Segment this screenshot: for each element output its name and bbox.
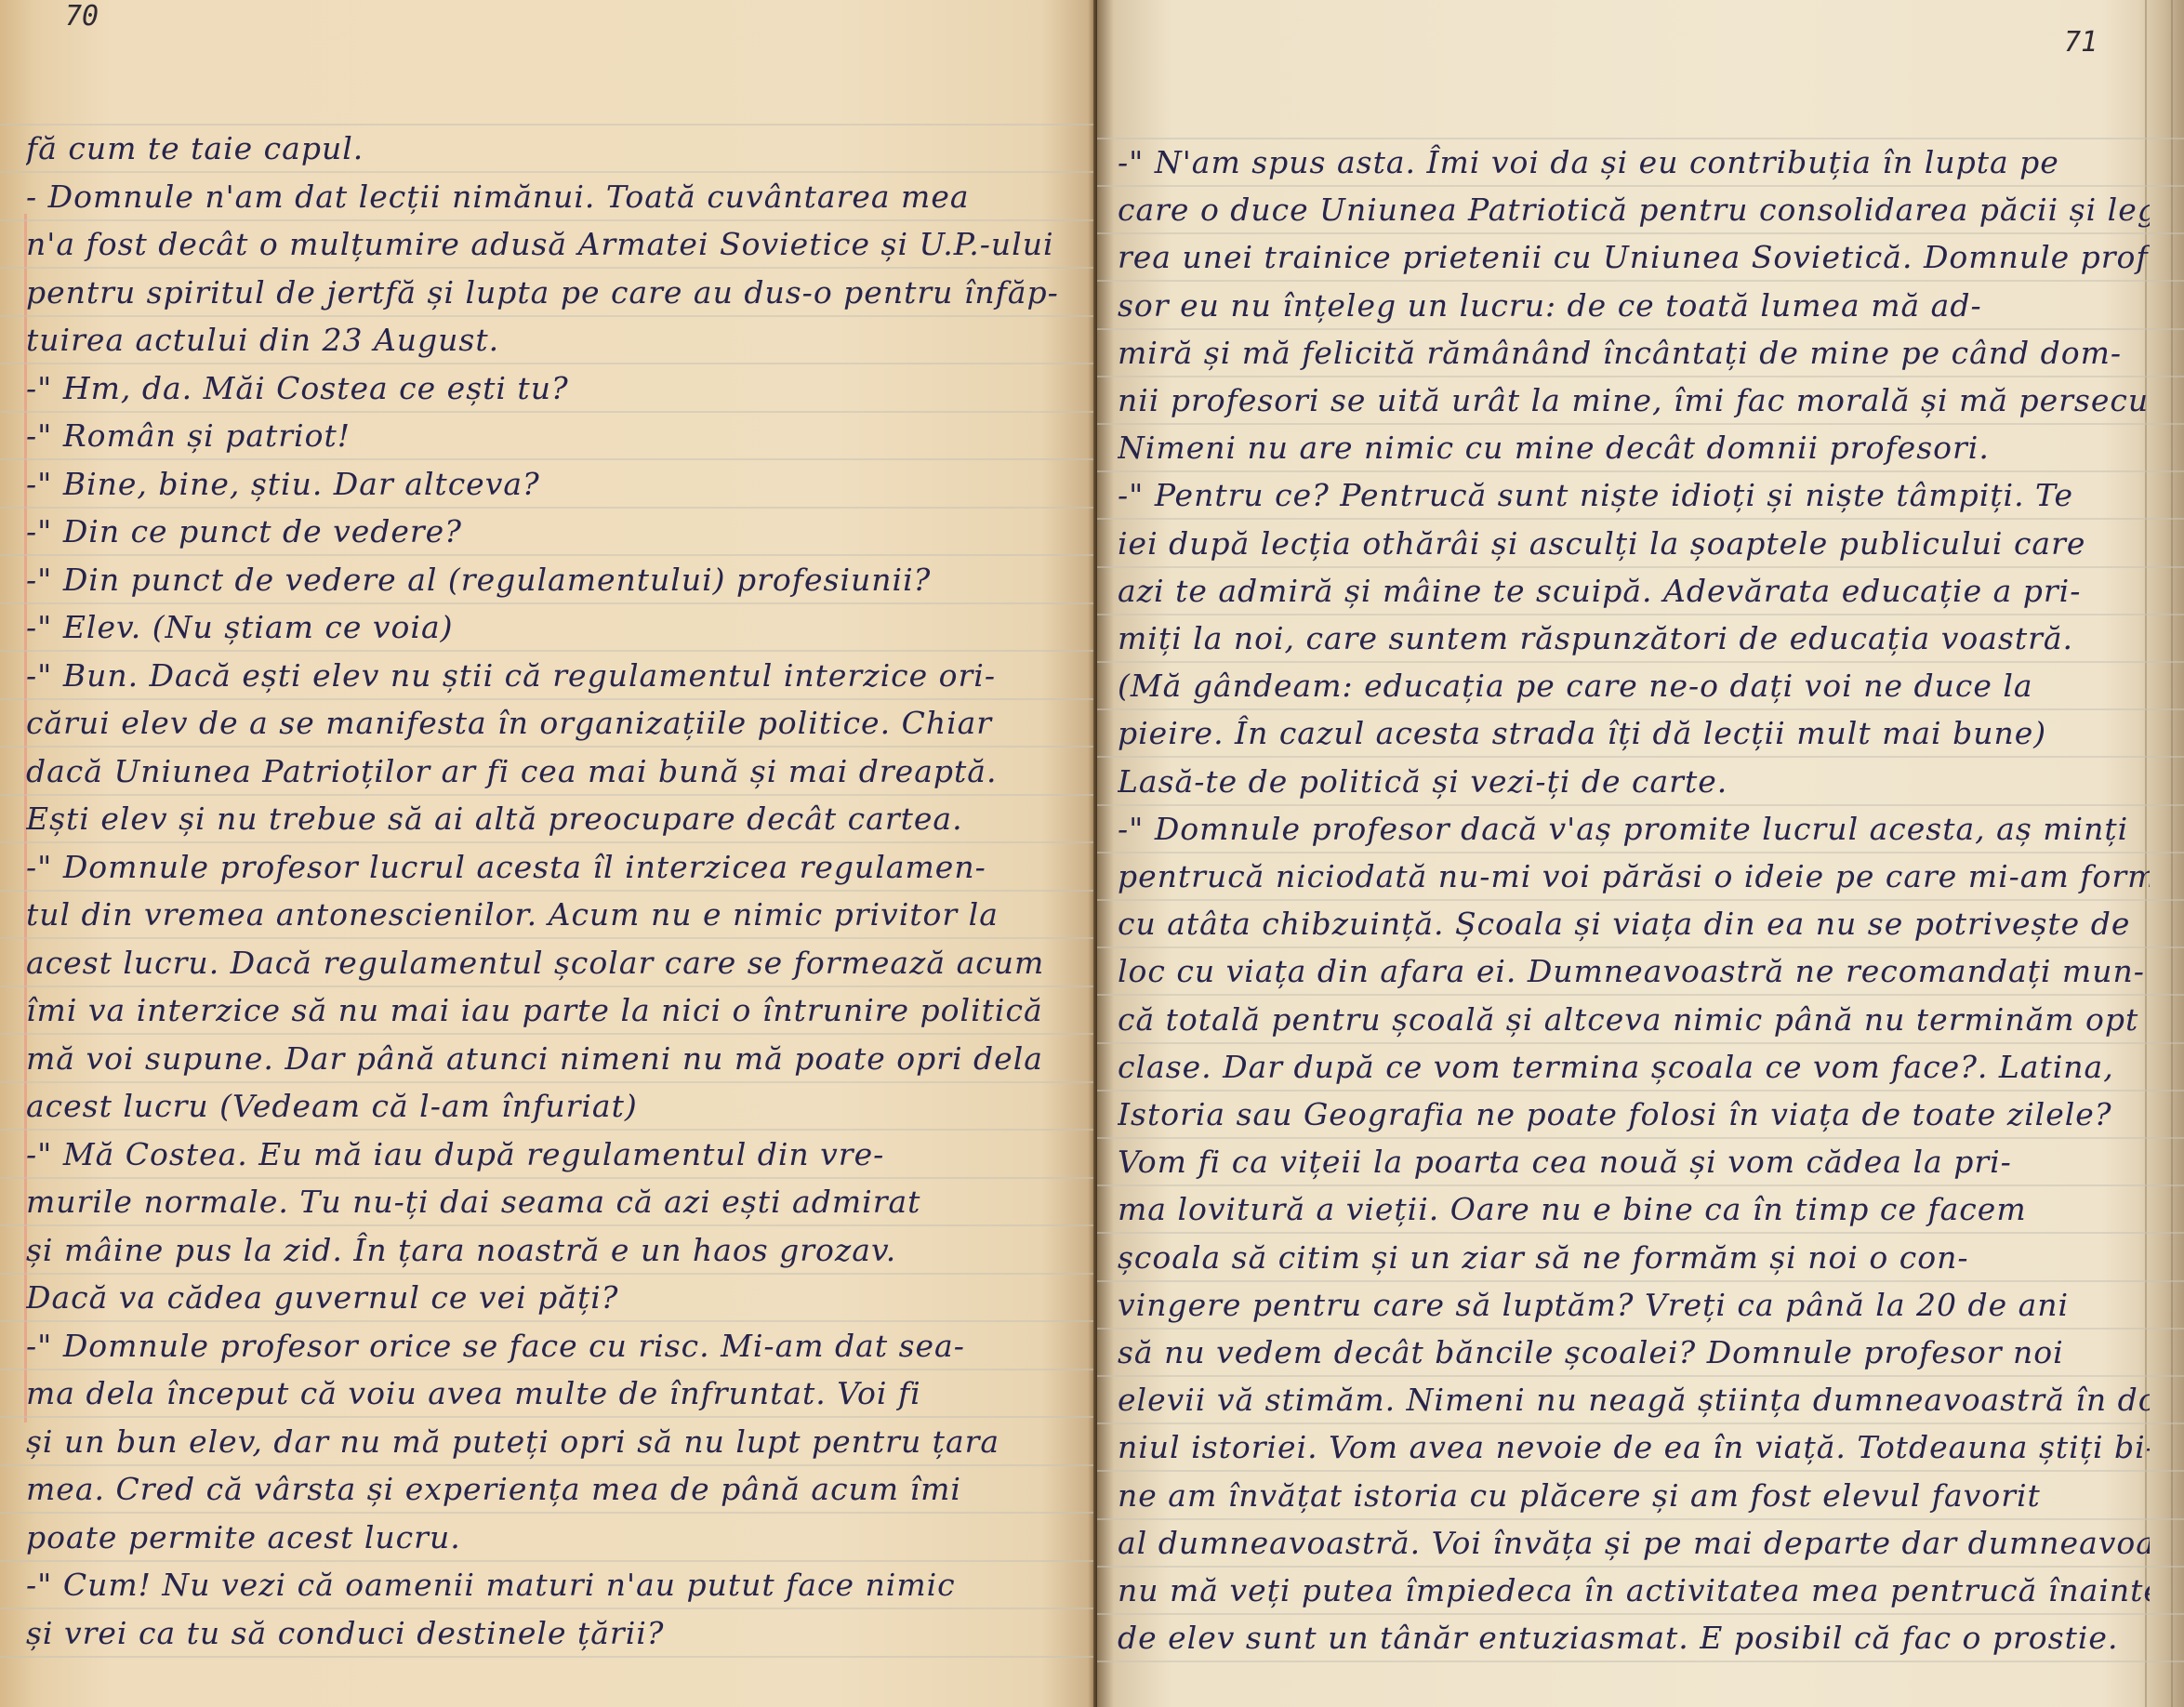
handwritten-line: nii profesori se uită urât la mine, îmi …	[1118, 382, 2150, 418]
handwritten-line: elevii vă stimăm. Nimeni nu neagă științ…	[1118, 1382, 2150, 1418]
page-number-right: 71	[2064, 26, 2098, 59]
ruled-line	[1097, 1566, 2184, 1568]
handwritten-line: și mâine pus la zid. În țara noastră e u…	[26, 1232, 1086, 1268]
handwritten-line: mea. Cred că vârsta și experiența mea de…	[26, 1471, 1086, 1507]
ruled-line	[1097, 1184, 2184, 1186]
handwritten-line: -" Domnule profesor dacă v'aș promite lu…	[1118, 811, 2150, 847]
ruled-line	[1097, 185, 2184, 187]
handwritten-line: iei după lecția othărâi și asculți la șo…	[1118, 525, 2150, 562]
ruled-line	[0, 1033, 1097, 1035]
ruled-line	[1097, 661, 2184, 663]
handwritten-line: ma lovitură a vieții. Oare nu e bine ca …	[1118, 1191, 2150, 1227]
handwritten-line: miră și mă felicită rămânând încântați d…	[1118, 335, 2150, 371]
ruled-line	[0, 1464, 1097, 1466]
handwritten-line: -" Pentru ce? Pentrucă sunt niște idioți…	[1118, 477, 2150, 513]
ruled-line	[1097, 138, 2184, 139]
ruled-line	[1097, 1470, 2184, 1472]
ruled-line	[0, 1416, 1097, 1418]
handwritten-line: - Domnule n'am dat lecții nimănui. Toată…	[26, 179, 1086, 215]
ruled-line	[0, 124, 1097, 126]
handwritten-line: și vrei ca tu să conduci destinele țării…	[26, 1615, 1086, 1651]
ruled-line	[1097, 1042, 2184, 1044]
ruled-line	[0, 219, 1097, 221]
ruled-line	[1097, 1232, 2184, 1234]
handwritten-line: rea unei trainice prietenii cu Uniunea S…	[1118, 239, 2150, 275]
ruled-line	[1097, 708, 2184, 710]
handwritten-line: Istoria sau Geografia ne poate folosi în…	[1118, 1096, 2150, 1132]
ruled-line	[1097, 566, 2184, 568]
handwritten-line: miți la noi, care suntem răspunzători de…	[1118, 620, 2150, 656]
handwritten-line: loc cu viața din afara ei. Dumneavoastră…	[1118, 953, 2150, 989]
ruled-line	[1097, 804, 2184, 806]
ruled-line	[1097, 280, 2184, 282]
handwritten-line: Nimeni nu are nimic cu mine decât domnii…	[1118, 430, 2150, 466]
handwritten-line: -" Bine, bine, știu. Dar altceva?	[26, 466, 1086, 502]
handwritten-line: de elev sunt un tânăr entuziasmat. E pos…	[1118, 1620, 2150, 1656]
ruled-line	[0, 1320, 1097, 1322]
handwritten-line: tul din vremea antonescienilor. Acum nu …	[26, 896, 1086, 933]
handwritten-line: murile normale. Tu nu-ți dai seama că az…	[26, 1184, 1086, 1220]
handwritten-line: -" Din ce punct de vedere?	[26, 513, 1086, 549]
handwritten-line: -" Cum! Nu vezi că oamenii maturi n'au p…	[26, 1567, 1086, 1603]
ruled-line	[0, 1608, 1097, 1609]
ruled-line	[1097, 470, 2184, 472]
ruled-line	[0, 267, 1097, 269]
handwritten-line: -" Bun. Dacă ești elev nu știi că regula…	[26, 657, 1086, 694]
handwritten-line: pentru spiritul de jertfă și lupta pe ca…	[26, 274, 1086, 311]
ruled-line	[1097, 1518, 2184, 1520]
handwritten-line: Vom fi ca vițeii la poarta cea nouă și v…	[1118, 1144, 2150, 1180]
ruled-line	[1097, 328, 2184, 330]
handwritten-line: dacă Uniunea Patrioților ar fi cea mai b…	[26, 753, 1086, 789]
ruled-line	[0, 986, 1097, 987]
handwritten-line: -" Elev. (Nu știam ce voia)	[26, 609, 1086, 645]
ruled-line	[0, 1129, 1097, 1131]
ruled-line	[0, 650, 1097, 652]
handwritten-line: care o duce Uniunea Patriotică pentru co…	[1118, 192, 2150, 228]
ruled-line	[0, 411, 1097, 413]
ruled-line	[1097, 1613, 2184, 1615]
ruled-line	[0, 1081, 1097, 1083]
right-page: 71 -" N'am spus asta. Îmi voi da și eu c…	[1097, 0, 2184, 1707]
ruled-line	[1097, 1375, 2184, 1377]
handwritten-line: tuirea actului din 23 August.	[26, 322, 1086, 358]
ruled-line	[0, 890, 1097, 892]
ruled-line	[1097, 946, 2184, 948]
handwritten-line: -" Hm, da. Măi Costea ce ești tu?	[26, 370, 1086, 406]
handwritten-line: să nu vedem decât băncile școalei? Domnu…	[1118, 1334, 2150, 1370]
ruled-line	[1097, 614, 2184, 615]
handwritten-line: acest lucru (Vedeam că l-am înfuriat)	[26, 1088, 1086, 1124]
handwritten-line: ne am învățat istoria cu plăcere și am f…	[1118, 1477, 2150, 1514]
notebook-spread: 70 fă cum te taie capul.- Domnule n'am d…	[0, 0, 2184, 1707]
handwritten-line: Lasă-te de politică și vezi-ți de carte.	[1118, 763, 2150, 800]
handwritten-line: al dumneavoastră. Voi învăța și pe mai d…	[1118, 1525, 2150, 1561]
ruled-line	[1097, 1280, 2184, 1282]
ruled-line	[0, 1512, 1097, 1514]
page-number-left: 70	[65, 0, 99, 33]
ruled-line	[1097, 1661, 2184, 1662]
ruled-line	[0, 363, 1097, 364]
handwritten-line: clase. Dar după ce vom termina școala ce…	[1118, 1049, 2150, 1085]
handwritten-line: acest lucru. Dacă regulamentul școlar ca…	[26, 945, 1086, 981]
handwritten-line: școala să citim și un ziar să ne formăm …	[1118, 1239, 2150, 1276]
handwritten-line: -" Mă Costea. Eu mă iau după regulamentu…	[26, 1136, 1086, 1172]
ruled-line	[1097, 518, 2184, 520]
handwritten-line: Ești elev și nu trebue să ai altă preocu…	[26, 801, 1086, 837]
ruled-line	[0, 698, 1097, 700]
ruled-line	[0, 554, 1097, 556]
handwritten-line: sor eu nu înțeleg un lucru: de ce toată …	[1118, 287, 2150, 324]
ruled-line	[1097, 852, 2184, 853]
ruled-line	[0, 602, 1097, 604]
handwritten-line: Dacă va cădea guvernul ce vei păți?	[26, 1279, 1086, 1316]
ruled-line	[1097, 232, 2184, 234]
handwritten-line: n'a fost decât o mulțumire adusă Armatei…	[26, 226, 1086, 262]
ruled-line	[1097, 1422, 2184, 1424]
handwritten-line: -" Român și patriot!	[26, 417, 1086, 454]
ruled-line	[0, 841, 1097, 843]
ruled-line	[0, 746, 1097, 748]
handwritten-line: nu mă veți putea împiedeca în activitate…	[1118, 1572, 2150, 1608]
ruled-line	[1097, 899, 2184, 901]
handwritten-line: -" Din punct de vedere al (regulamentulu…	[26, 562, 1086, 598]
ruled-line	[0, 937, 1097, 939]
handwritten-line: cărui elev de a se manifesta în organiza…	[26, 705, 1086, 741]
handwritten-line: (Mă gândeam: educația pe care ne-o dați …	[1118, 668, 2150, 704]
handwritten-line: vingere pentru care să luptăm? Vreți ca …	[1118, 1287, 2150, 1323]
ruled-line	[0, 1273, 1097, 1275]
handwritten-line: pieire. În cazul acesta strada îți dă le…	[1118, 715, 2150, 751]
ruled-line	[1097, 376, 2184, 377]
ruled-line	[0, 1224, 1097, 1226]
ruled-line	[0, 458, 1097, 460]
left-page: 70 fă cum te taie capul.- Domnule n'am d…	[0, 0, 1097, 1707]
ruled-line	[1097, 756, 2184, 758]
ruled-line	[1097, 423, 2184, 425]
ruled-line	[0, 171, 1097, 173]
ruled-line	[1097, 1328, 2184, 1330]
ruled-line	[1097, 1137, 2184, 1139]
handwritten-line: pentrucă niciodată nu-mi voi părăsi o id…	[1118, 858, 2150, 894]
ruled-line	[0, 507, 1097, 509]
handwritten-line: îmi va interzice să nu mai iau parte la …	[26, 992, 1086, 1028]
handwritten-line: mă voi supune. Dar până atunci nimeni nu…	[26, 1040, 1086, 1077]
handwritten-line: ma dela început că voiu avea multe de în…	[26, 1375, 1086, 1411]
handwritten-line: azi te admiră și mâine te scuipă. Adevăr…	[1118, 573, 2150, 609]
handwritten-line: că totală pentru școală și altceva nimic…	[1118, 1001, 2150, 1038]
handwritten-line: niul istoriei. Vom avea nevoie de ea în …	[1118, 1429, 2150, 1465]
handwritten-line: și un bun elev, dar nu mă puteți opri să…	[26, 1423, 1086, 1460]
ruled-line	[0, 315, 1097, 317]
handwritten-line: fă cum te taie capul.	[26, 130, 1086, 166]
handwritten-line: -" Domnule profesor lucrul acesta îl int…	[26, 849, 1086, 885]
ruled-line	[0, 1177, 1097, 1179]
ruled-line	[0, 1560, 1097, 1562]
ruled-line	[0, 794, 1097, 796]
handwritten-line: poate permite acest lucru.	[26, 1519, 1086, 1555]
ruled-line	[1097, 994, 2184, 996]
handwritten-line: cu atâta chibzuință. Școala și viața din…	[1118, 906, 2150, 942]
handwritten-line: -" Domnule profesor orice se face cu ris…	[26, 1328, 1086, 1364]
ruled-line	[0, 1369, 1097, 1370]
handwritten-line: -" N'am spus asta. Îmi voi da și eu cont…	[1118, 144, 2150, 180]
ruled-line	[1097, 1090, 2184, 1092]
ruled-line	[0, 1656, 1097, 1658]
